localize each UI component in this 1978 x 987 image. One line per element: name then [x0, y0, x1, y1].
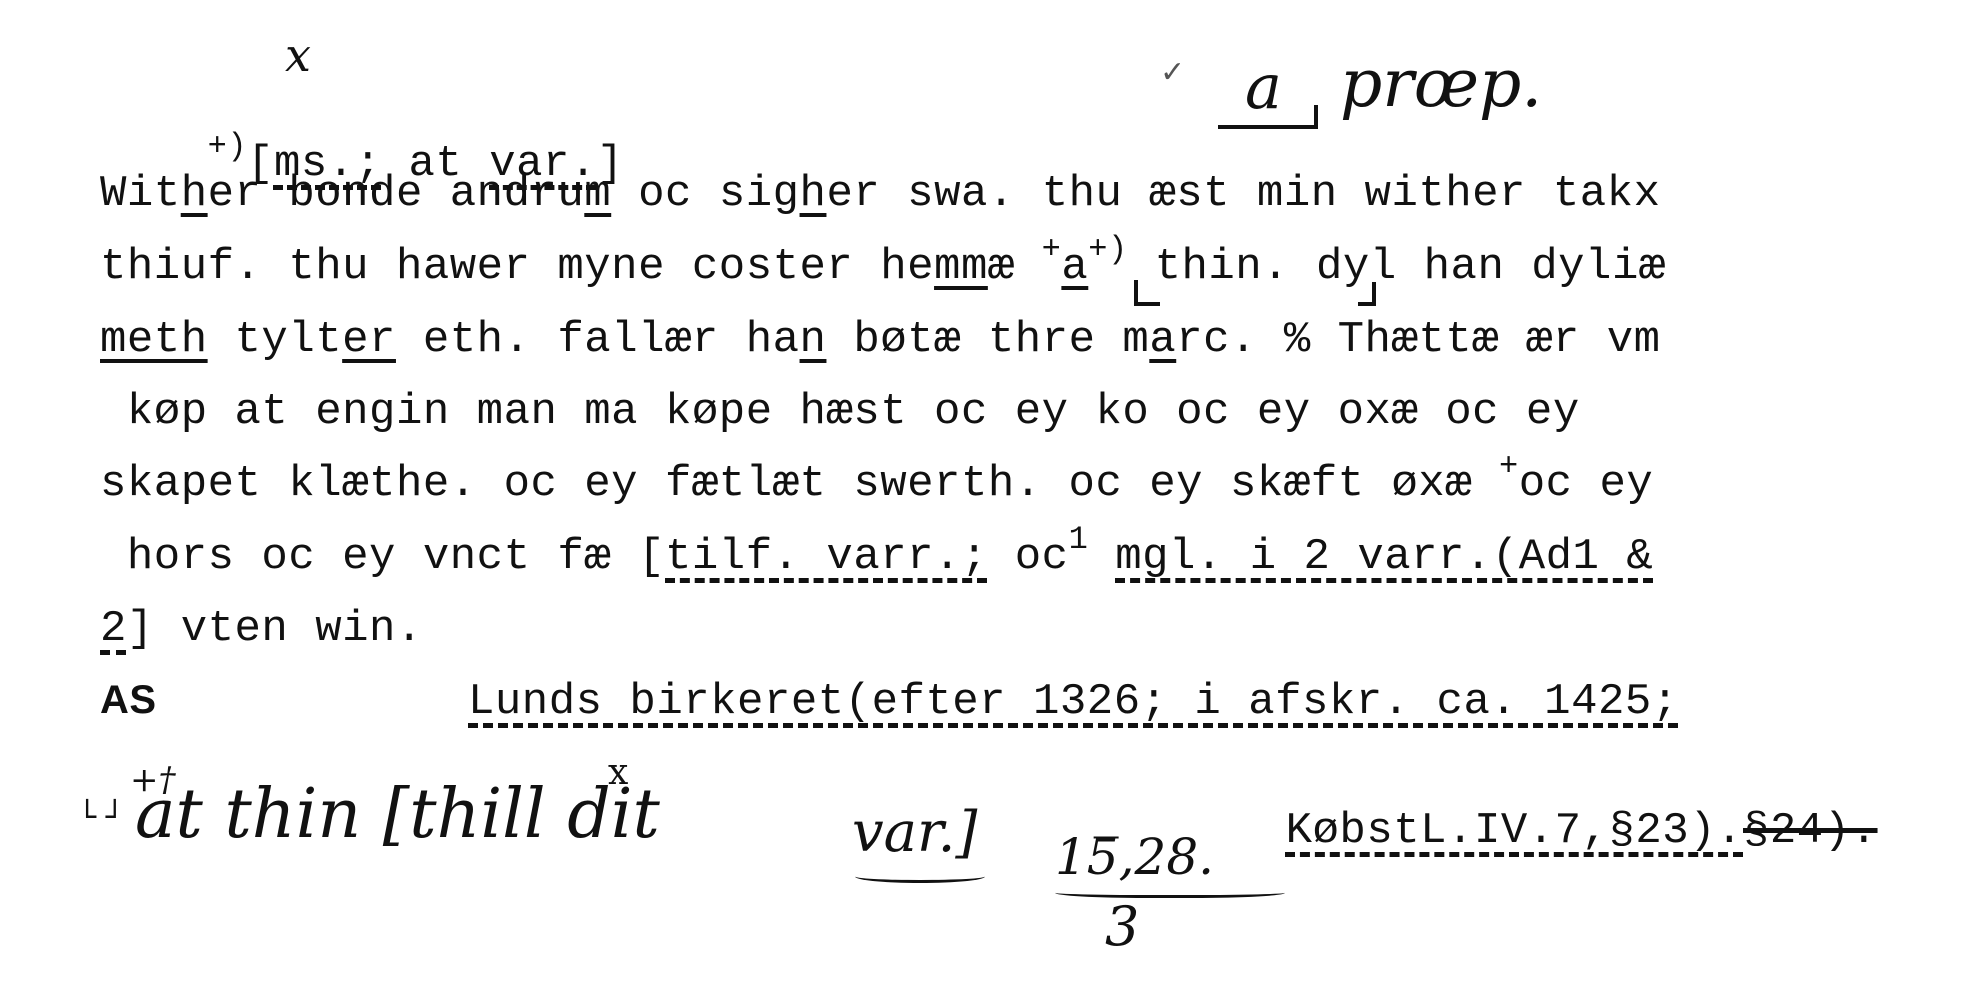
handwritten-note: at thin [thill dit: [135, 775, 660, 854]
text-line: thiuf. thu hawer myne coster hemmæ +a+) …: [100, 245, 1666, 289]
text-segment: er bonde andru: [208, 169, 585, 219]
text-segment: ] vten win.: [127, 604, 423, 654]
handwritten-a: a: [1245, 50, 1282, 123]
handwritten-page-ref: 15̅,28.: [1055, 828, 1214, 886]
text-segment: eth. fallær ha: [396, 315, 800, 365]
text-segment: thiuf. thu hawer myne coster he: [100, 242, 934, 292]
handwritten-x-mark-bottom: x: [608, 752, 628, 793]
text-segment: rc. % Thættæ ær vm: [1176, 315, 1660, 365]
text-segment: er swa. thu æst min wither takx: [826, 169, 1660, 219]
source-citation-line2: KøbstL.IV.7,§23).§24).: [1178, 765, 1878, 897]
text-line: hors oc ey vnct fæ [tilf. varr.; oc1 mgl…: [100, 535, 1653, 579]
text-segment: h: [181, 169, 208, 219]
source-label: AS: [100, 680, 157, 720]
text-segment: h: [800, 169, 827, 219]
text-segment: 2: [100, 604, 127, 654]
handwritten-page-ref-brace: [1055, 885, 1285, 898]
citation-main: KøbstL.IV.7,§23).: [1286, 806, 1743, 856]
text-line: Wither bonde andrum oc sigher swa. thu æ…: [100, 172, 1661, 216]
corner-mark-right: [1358, 282, 1376, 306]
text-segment: tilf. varr.;: [665, 532, 988, 582]
text-segment: tylt: [208, 315, 343, 365]
handwritten-underline-bracket: [1218, 125, 1318, 129]
text-segment: er: [342, 315, 396, 365]
text-segment: 1: [1069, 521, 1089, 558]
handwritten-x-mark: x: [285, 28, 311, 82]
text-line: 2] vten win.: [100, 607, 423, 651]
handwritten-page-ref-below: 3: [1105, 895, 1139, 958]
text-segment: a: [1061, 242, 1088, 292]
text-segment: bøtæ thre m: [826, 315, 1149, 365]
text-segment: meth: [100, 315, 208, 365]
text-segment: [1088, 532, 1115, 582]
text-segment: oc sig: [611, 169, 799, 219]
corner-mark-left: [1134, 280, 1160, 306]
handwritten-var-squiggle: [855, 870, 985, 883]
text-segment: mm: [934, 242, 988, 292]
text-segment: æ: [988, 242, 1042, 292]
footnote-marker: +): [208, 128, 247, 165]
handwritten-underline-tick: [1314, 105, 1318, 127]
text-line: køp at engin man ma køpe hæst oc ey ko o…: [100, 390, 1580, 434]
citation-struck: §24).: [1743, 806, 1878, 856]
text-segment: hors oc ey vnct fæ [: [100, 532, 665, 582]
text-line: meth tylter eth. fallær han bøtæ thre ma…: [100, 318, 1661, 362]
text-segment: thin. dyl han dyliæ: [1128, 242, 1666, 292]
text-segment: m: [584, 169, 611, 219]
check-mark-icon: ✓: [1160, 55, 1185, 90]
handwritten-prep: prœp.: [1340, 45, 1542, 122]
text-segment: oc ey: [1519, 459, 1654, 509]
handwritten-var: var.]: [852, 800, 977, 865]
text-segment: køp at engin man ma køpe hæst oc ey ko o…: [100, 387, 1580, 437]
text-segment: mgl. i 2 varr.(Ad1 &: [1115, 532, 1653, 582]
text-segment: n: [800, 315, 827, 365]
text-line: skapet klæthe. oc ey fætlæt swerth. oc e…: [100, 462, 1653, 506]
handwritten-corner-marks: └ ┘: [78, 800, 124, 835]
text-segment: skapet klæthe. oc ey fætlæt swerth. oc e…: [100, 459, 1499, 509]
source-citation-line1: Lunds birkeret(efter 1326; i afskr. ca. …: [468, 680, 1679, 724]
text-segment: a: [1149, 315, 1176, 365]
document-page: +)[ms.; at var.] x ✓ a prœp. Wither bond…: [0, 0, 1978, 987]
text-segment: +): [1088, 231, 1127, 268]
text-segment: Wit: [100, 169, 181, 219]
text-segment: +: [1042, 231, 1062, 268]
text-segment: +: [1499, 448, 1519, 485]
text-segment: oc: [988, 532, 1069, 582]
